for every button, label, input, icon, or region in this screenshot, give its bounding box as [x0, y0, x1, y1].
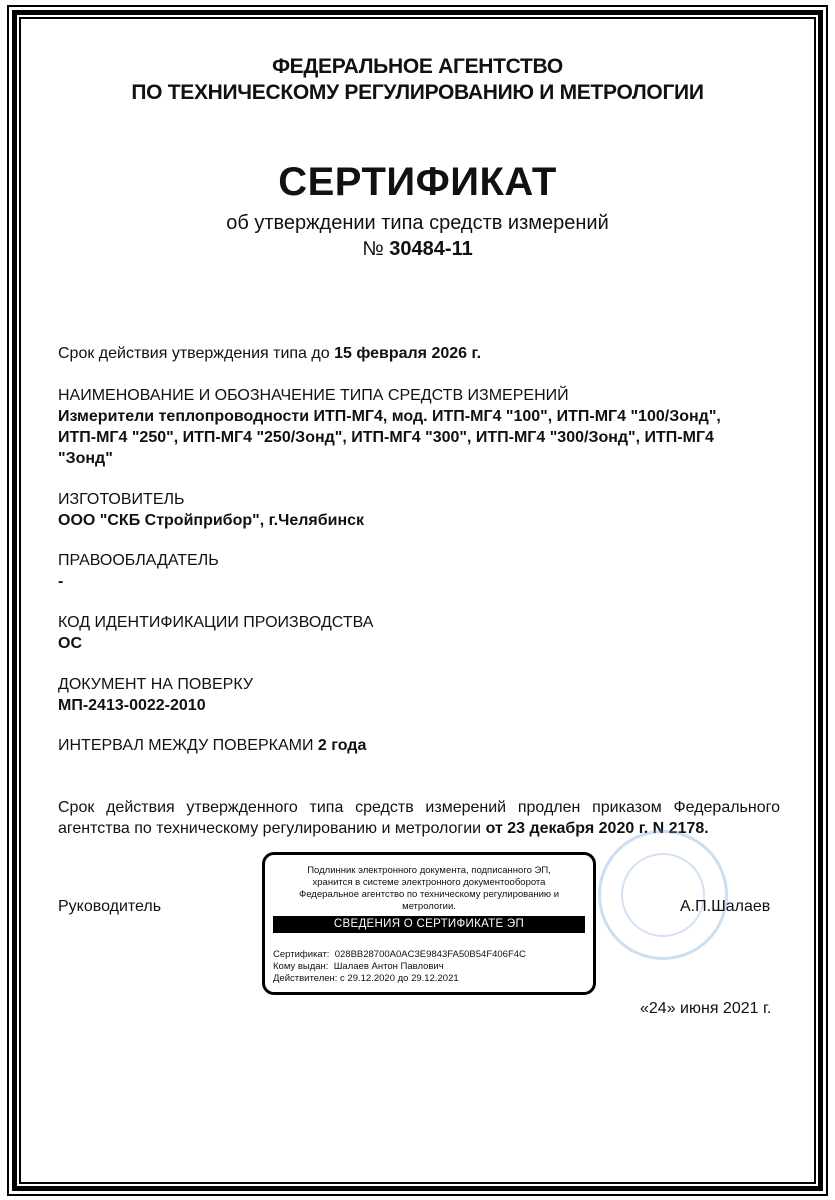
rights-holder-value: - — [58, 571, 63, 592]
certificate-title: СЕРТИФИКАТ — [0, 160, 835, 205]
e-signature-issued-row: Кому выдан: Шалаев Антон Павлович — [273, 961, 444, 973]
signature-date: «24» июня 2021 г. — [640, 1000, 771, 1018]
manufacturer-label: ИЗГОТОВИТЕЛЬ — [58, 489, 185, 510]
rights-holder-label: ПРАВООБЛАДАТЕЛЬ — [58, 550, 219, 571]
certificate-label: Сертификат: — [273, 949, 329, 960]
certificate-number-value: 30484-11 — [389, 238, 472, 260]
name-section-line-3: "Зонд" — [58, 448, 113, 469]
name-section-line-1: Измерители теплопроводности ИТП-МГ4, мод… — [58, 406, 721, 427]
interval-value: 2 года — [318, 737, 366, 754]
name-section-label: НАИМЕНОВАНИЕ И ОБОЗНАЧЕНИЕ ТИПА СРЕДСТВ … — [58, 385, 569, 406]
signer-name: А.П.Шалаев — [680, 898, 770, 916]
agency-name-line1: ФЕДЕРАЛЬНОЕ АГЕНТСТВО — [0, 55, 835, 79]
validity-date: 15 февраля 2026 г. — [334, 345, 481, 362]
manufacturer-value: ООО "СКБ Стройприбор", г.Челябинск — [58, 510, 364, 531]
validity-label: Срок действия утверждения типа до — [58, 345, 330, 362]
seal-stamp-inner — [621, 853, 705, 937]
certificate-number: № 30484-11 — [0, 238, 835, 261]
verification-doc-value: МП-2413-0022-2010 — [58, 695, 206, 716]
e-signature-valid-row: Действителен: с 29.12.2020 до 29.12.2021 — [273, 973, 459, 985]
e-signature-bar-title: СВЕДЕНИЯ О СЕРТИФИКАТЕ ЭП — [273, 916, 585, 933]
interval-label: ИНТЕРВАЛ МЕЖДУ ПОВЕРКАМИ — [58, 737, 313, 754]
name-section-line-2: ИТП-МГ4 "250", ИТП-МГ4 "250/Зонд", ИТП-М… — [58, 427, 714, 448]
production-code-label: КОД ИДЕНТИФИКАЦИИ ПРОИЗВОДСТВА — [58, 612, 373, 633]
certificate-subtitle: об утверждении типа средств измерений — [0, 212, 835, 235]
e-signature-certificate-row: Сертификат: 028BB28700A0AC3E9843FA50B54F… — [273, 949, 526, 961]
agency-name-line2: ПО ТЕХНИЧЕСКОМУ РЕГУЛИРОВАНИЮ И МЕТРОЛОГ… — [0, 81, 835, 105]
issued-to-value: Шалаев Антон Павлович — [334, 961, 444, 972]
e-signature-header-line-3: Федеральное агентство по техническому ре… — [265, 889, 593, 901]
e-signature-header-line-1: Подлинник электронного документа, подпис… — [265, 865, 593, 877]
e-signature-header-line-2: хранится в системе электронного документ… — [265, 877, 593, 889]
issued-to-label: Кому выдан: — [273, 961, 328, 972]
signer-role: Руководитель — [58, 898, 161, 916]
production-code-value: ОС — [58, 633, 82, 654]
e-signature-box: Подлинник электронного документа, подпис… — [262, 852, 596, 995]
valid-value: с 29.12.2020 до 29.12.2021 — [340, 973, 459, 984]
e-signature-header-line-4: метрологии. — [265, 901, 593, 913]
seal-stamp — [598, 830, 728, 960]
number-sign: № — [362, 238, 383, 260]
e-signature-header: Подлинник электронного документа, подпис… — [265, 865, 593, 913]
verification-doc-label: ДОКУМЕНТ НА ПОВЕРКУ — [58, 674, 253, 695]
interval-line: ИНТЕРВАЛ МЕЖДУ ПОВЕРКАМИ 2 года — [58, 735, 366, 756]
certificate-serial: 028BB28700A0AC3E9843FA50B54F406F4C — [335, 949, 526, 960]
validity-line: Срок действия утверждения типа до 15 фев… — [58, 343, 481, 364]
valid-label: Действителен: — [273, 973, 337, 984]
